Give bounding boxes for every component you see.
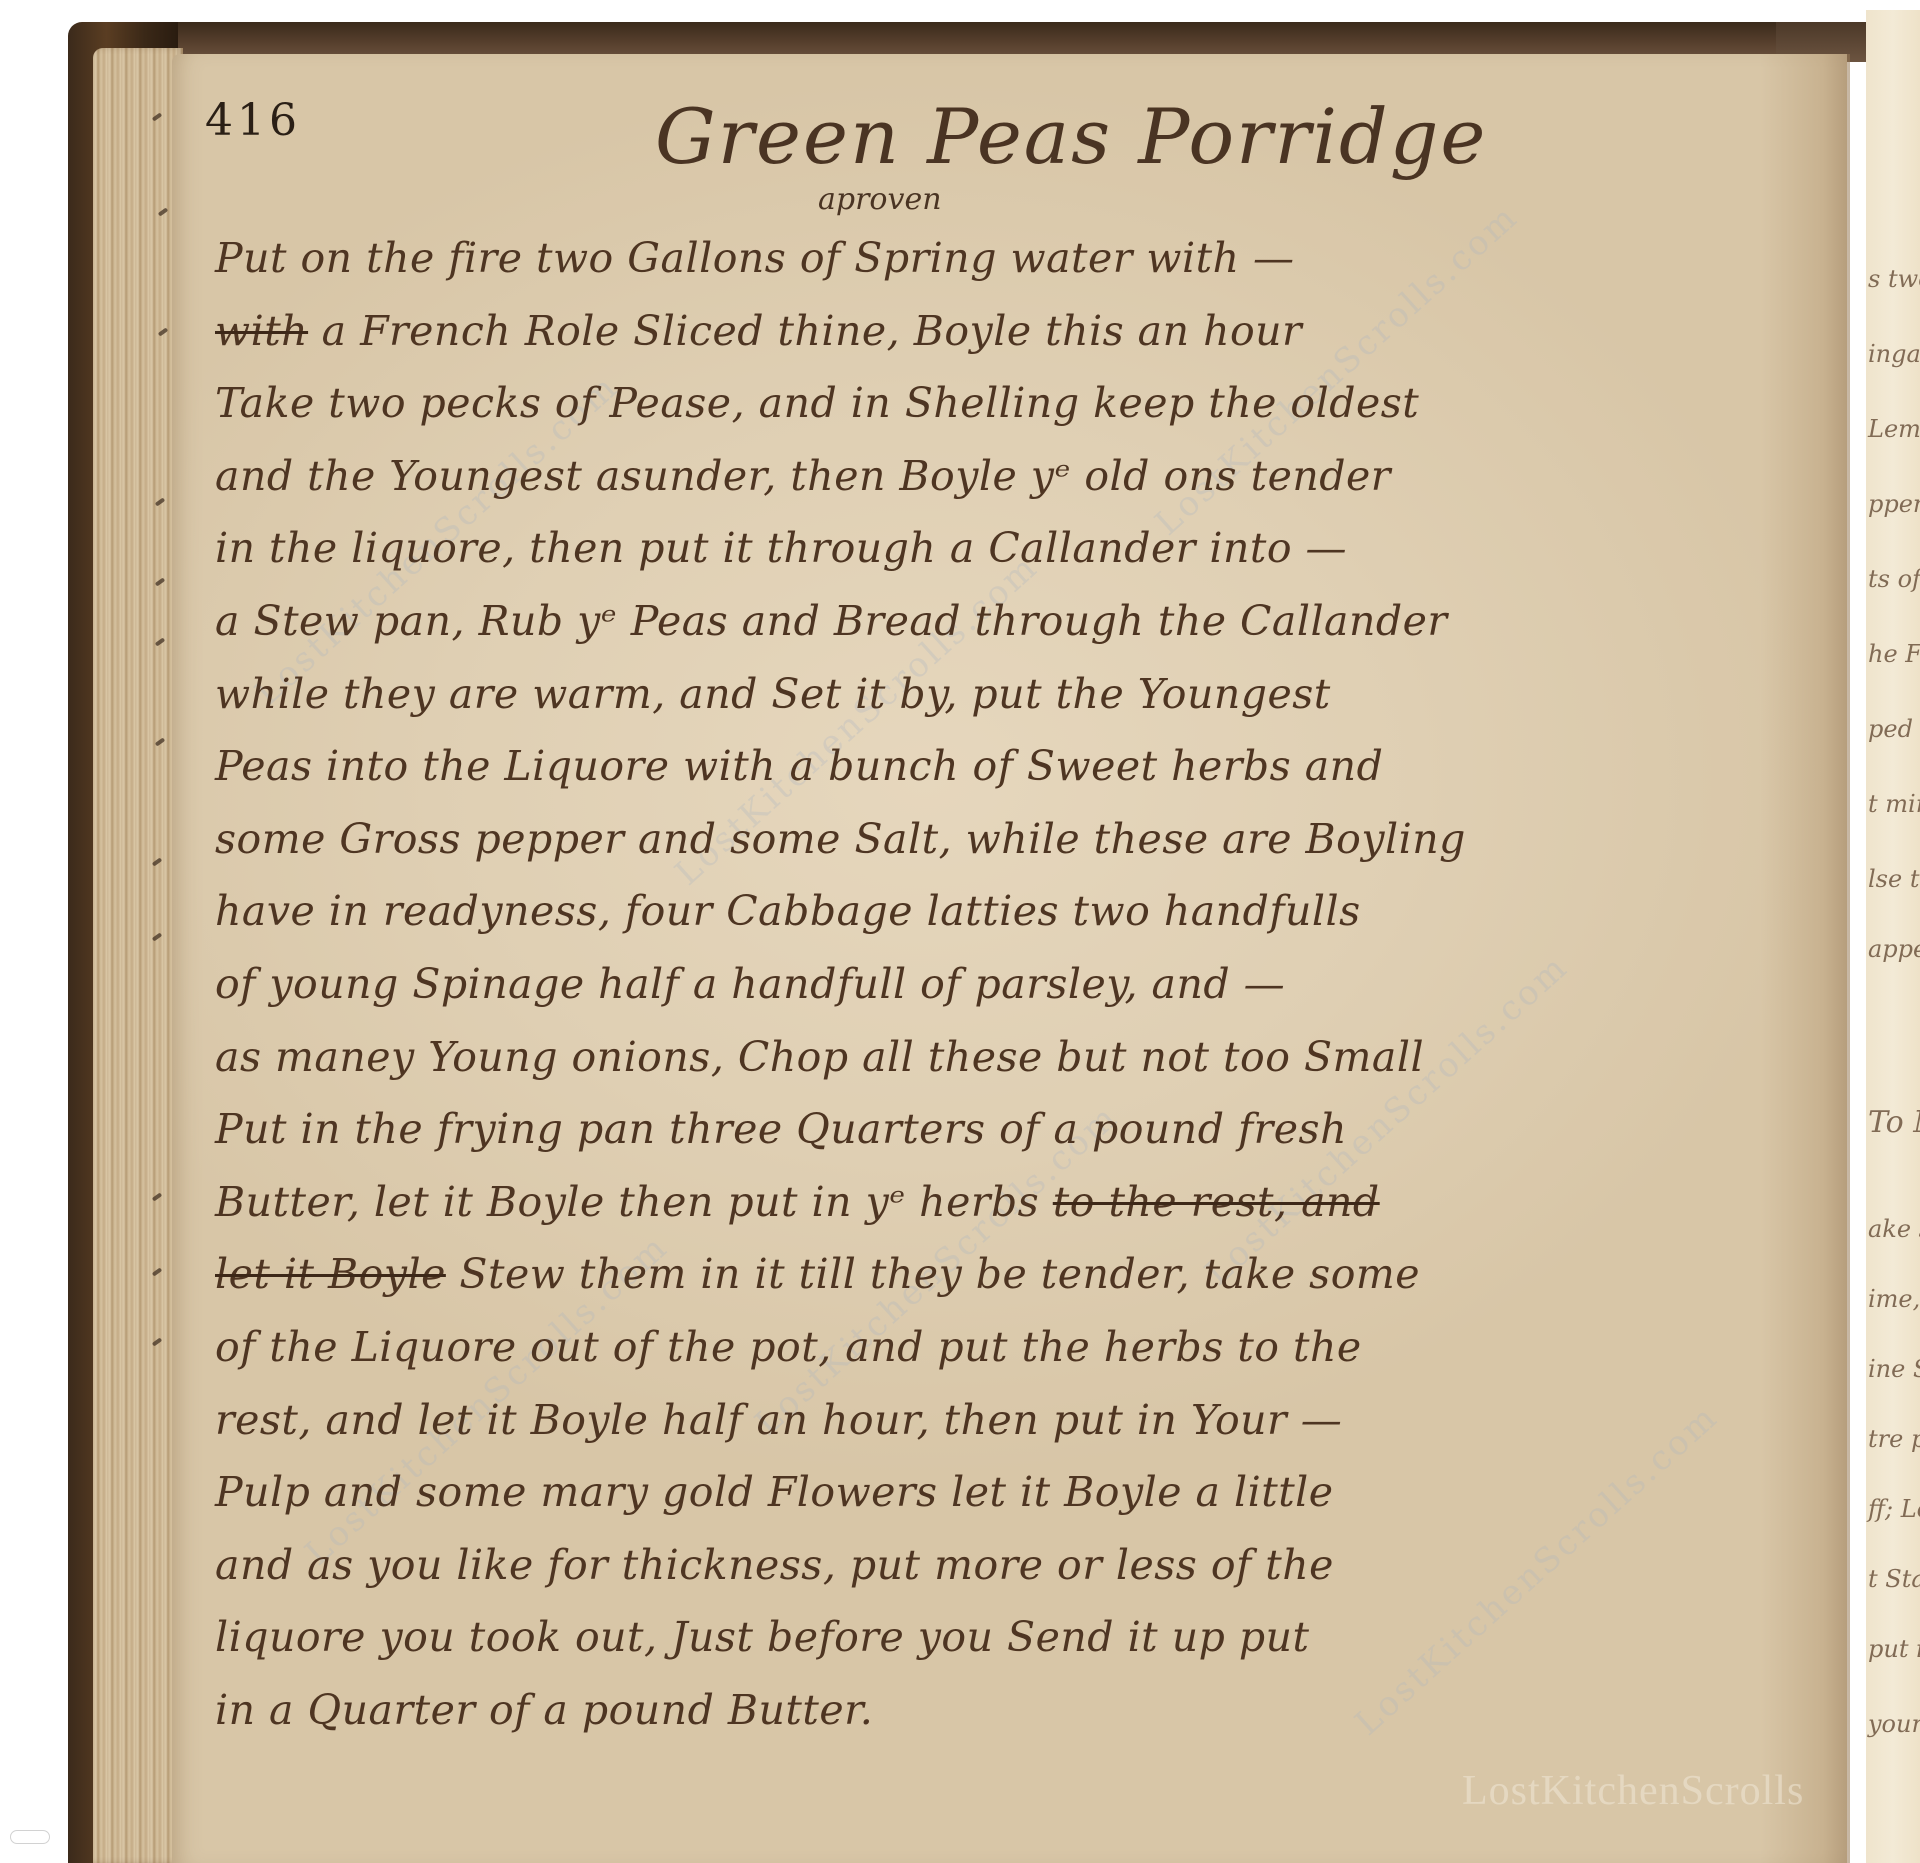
struck-text: with [215, 307, 308, 355]
line-text: while they are warm, and Set it by, put … [215, 670, 1331, 718]
corner-watermark: LostKitchenScrolls [1462, 1767, 1804, 1815]
text-line: Pulp and some mary gold Flowers let it B… [215, 1456, 1835, 1529]
facing-line: pper wh [1868, 490, 1920, 518]
facing-page: s twelve ingar o Lemon pper wh ts of bo … [1866, 10, 1920, 1863]
line-text: have in readyness, four Cabbage latties … [215, 887, 1361, 935]
line-text: of the Liquore out of the pot, and put t… [215, 1323, 1362, 1371]
line-text: and the Youngest asunder, then Boyle yᵉ … [215, 452, 1391, 500]
facing-line: ts of bo [1868, 565, 1920, 593]
facing-line: ped and p [1868, 715, 1920, 743]
title-annotation: aproven [818, 182, 942, 217]
page-number: 416 [205, 95, 301, 146]
text-line: Butter, let it Boyle then put in yᵉ herb… [215, 1166, 1835, 1239]
line-text: in the liquore, then put it through a Ca… [215, 524, 1347, 572]
recipe-title: Green Peas Porridge [655, 92, 1487, 181]
line-text: as maney Young onions, Chop all these bu… [215, 1033, 1424, 1081]
facing-heading: To M [1868, 1105, 1920, 1140]
text-line: rest, and let it Boyle half an hour, the… [215, 1384, 1835, 1457]
line-text: a Stew pan, Rub yᵉ Peas and Bread throug… [215, 597, 1448, 645]
text-line: of young Spinage half a handfull of pars… [215, 948, 1835, 1021]
line-text: Take two pecks of Pease, and in Shelling… [215, 379, 1419, 427]
text-line: in a Quarter of a pound Butter. [215, 1674, 1835, 1747]
text-line: of the Liquore out of the pot, and put t… [215, 1311, 1835, 1384]
text-line: some Gross pepper and some Salt, while t… [215, 803, 1835, 876]
line-text: Peas into the Liquore with a bunch of Sw… [215, 742, 1383, 790]
text-line: with a French Role Sliced thine, Boyle t… [215, 295, 1835, 368]
line-text: in a Quarter of a pound Butter. [215, 1686, 873, 1734]
facing-line: ime, put [1868, 1285, 1920, 1313]
facing-line: appear [1868, 935, 1920, 963]
line-text: some Gross pepper and some Salt, while t… [215, 815, 1466, 863]
facing-line: t Stand [1868, 1565, 1920, 1593]
text-line: Peas into the Liquore with a bunch of Sw… [215, 730, 1835, 803]
text-line: in the liquore, then put it through a Ca… [215, 512, 1835, 585]
quill-logo-icon [10, 1830, 50, 1844]
text-line: while they are warm, and Set it by, put … [215, 658, 1835, 731]
text-line: and as you like for thickness, put more … [215, 1529, 1835, 1602]
text-line: a Stew pan, Rub yᵉ Peas and Bread throug… [215, 585, 1835, 658]
facing-line: ingar o [1868, 340, 1920, 368]
facing-line: ake six [1868, 1215, 1920, 1243]
facing-line: s twelve [1868, 265, 1920, 293]
text-line: Put on the fire two Gallons of Spring wa… [215, 222, 1835, 295]
facing-line: ff; Let [1868, 1495, 1920, 1523]
facing-line: tre poun [1868, 1425, 1920, 1453]
line-text: rest, and let it Boyle half an hour, the… [215, 1396, 1342, 1444]
text-line: Take two pecks of Pease, and in Shelling… [215, 367, 1835, 440]
text-line: and the Youngest asunder, then Boyle yᵉ … [215, 440, 1835, 513]
struck-text: to the rest, and [1053, 1178, 1380, 1226]
text-line: as maney Young onions, Chop all these bu… [215, 1021, 1835, 1094]
facing-line: your La [1868, 1710, 1920, 1738]
line-text: Stew them in it till they be tender, tak… [446, 1250, 1420, 1298]
line-text: Put in the frying pan three Quarters of … [215, 1105, 1347, 1153]
line-text: Put on the fire two Gallons of Spring wa… [215, 234, 1295, 282]
stacked-page-edges [93, 48, 183, 1863]
text-line: let it Boyle Stew them in it till they b… [215, 1238, 1835, 1311]
facing-line: Lemon [1868, 415, 1920, 443]
manuscript-photo: LostKitchenScrolls.com LostKitchenScroll… [0, 0, 1920, 1863]
line-text: of young Spinage half a handfull of pars… [215, 960, 1285, 1008]
line-text: Butter, let it Boyle then put in yᵉ herb… [215, 1178, 1053, 1226]
line-text: a French Role Sliced thine, Boyle this a… [308, 307, 1302, 355]
text-line: liquore you took out, Just before you Se… [215, 1601, 1835, 1674]
facing-line: put in as [1868, 1635, 1920, 1663]
text-line: Put in the frying pan three Quarters of … [215, 1093, 1835, 1166]
facing-line: ine Stoppe [1868, 1355, 1920, 1383]
facing-line: lse them [1868, 865, 1920, 893]
struck-text: let it Boyle [215, 1250, 446, 1298]
line-text: liquore you took out, Just before you Se… [215, 1613, 1310, 1661]
line-text: Pulp and some mary gold Flowers let it B… [215, 1468, 1334, 1516]
facing-line: he Fish [1868, 640, 1920, 668]
line-text: and as you like for thickness, put more … [215, 1541, 1334, 1589]
text-line: have in readyness, four Cabbage latties … [215, 875, 1835, 948]
facing-line: t minced [1868, 790, 1920, 818]
recipe-body: Put on the fire two Gallons of Spring wa… [215, 222, 1835, 1746]
